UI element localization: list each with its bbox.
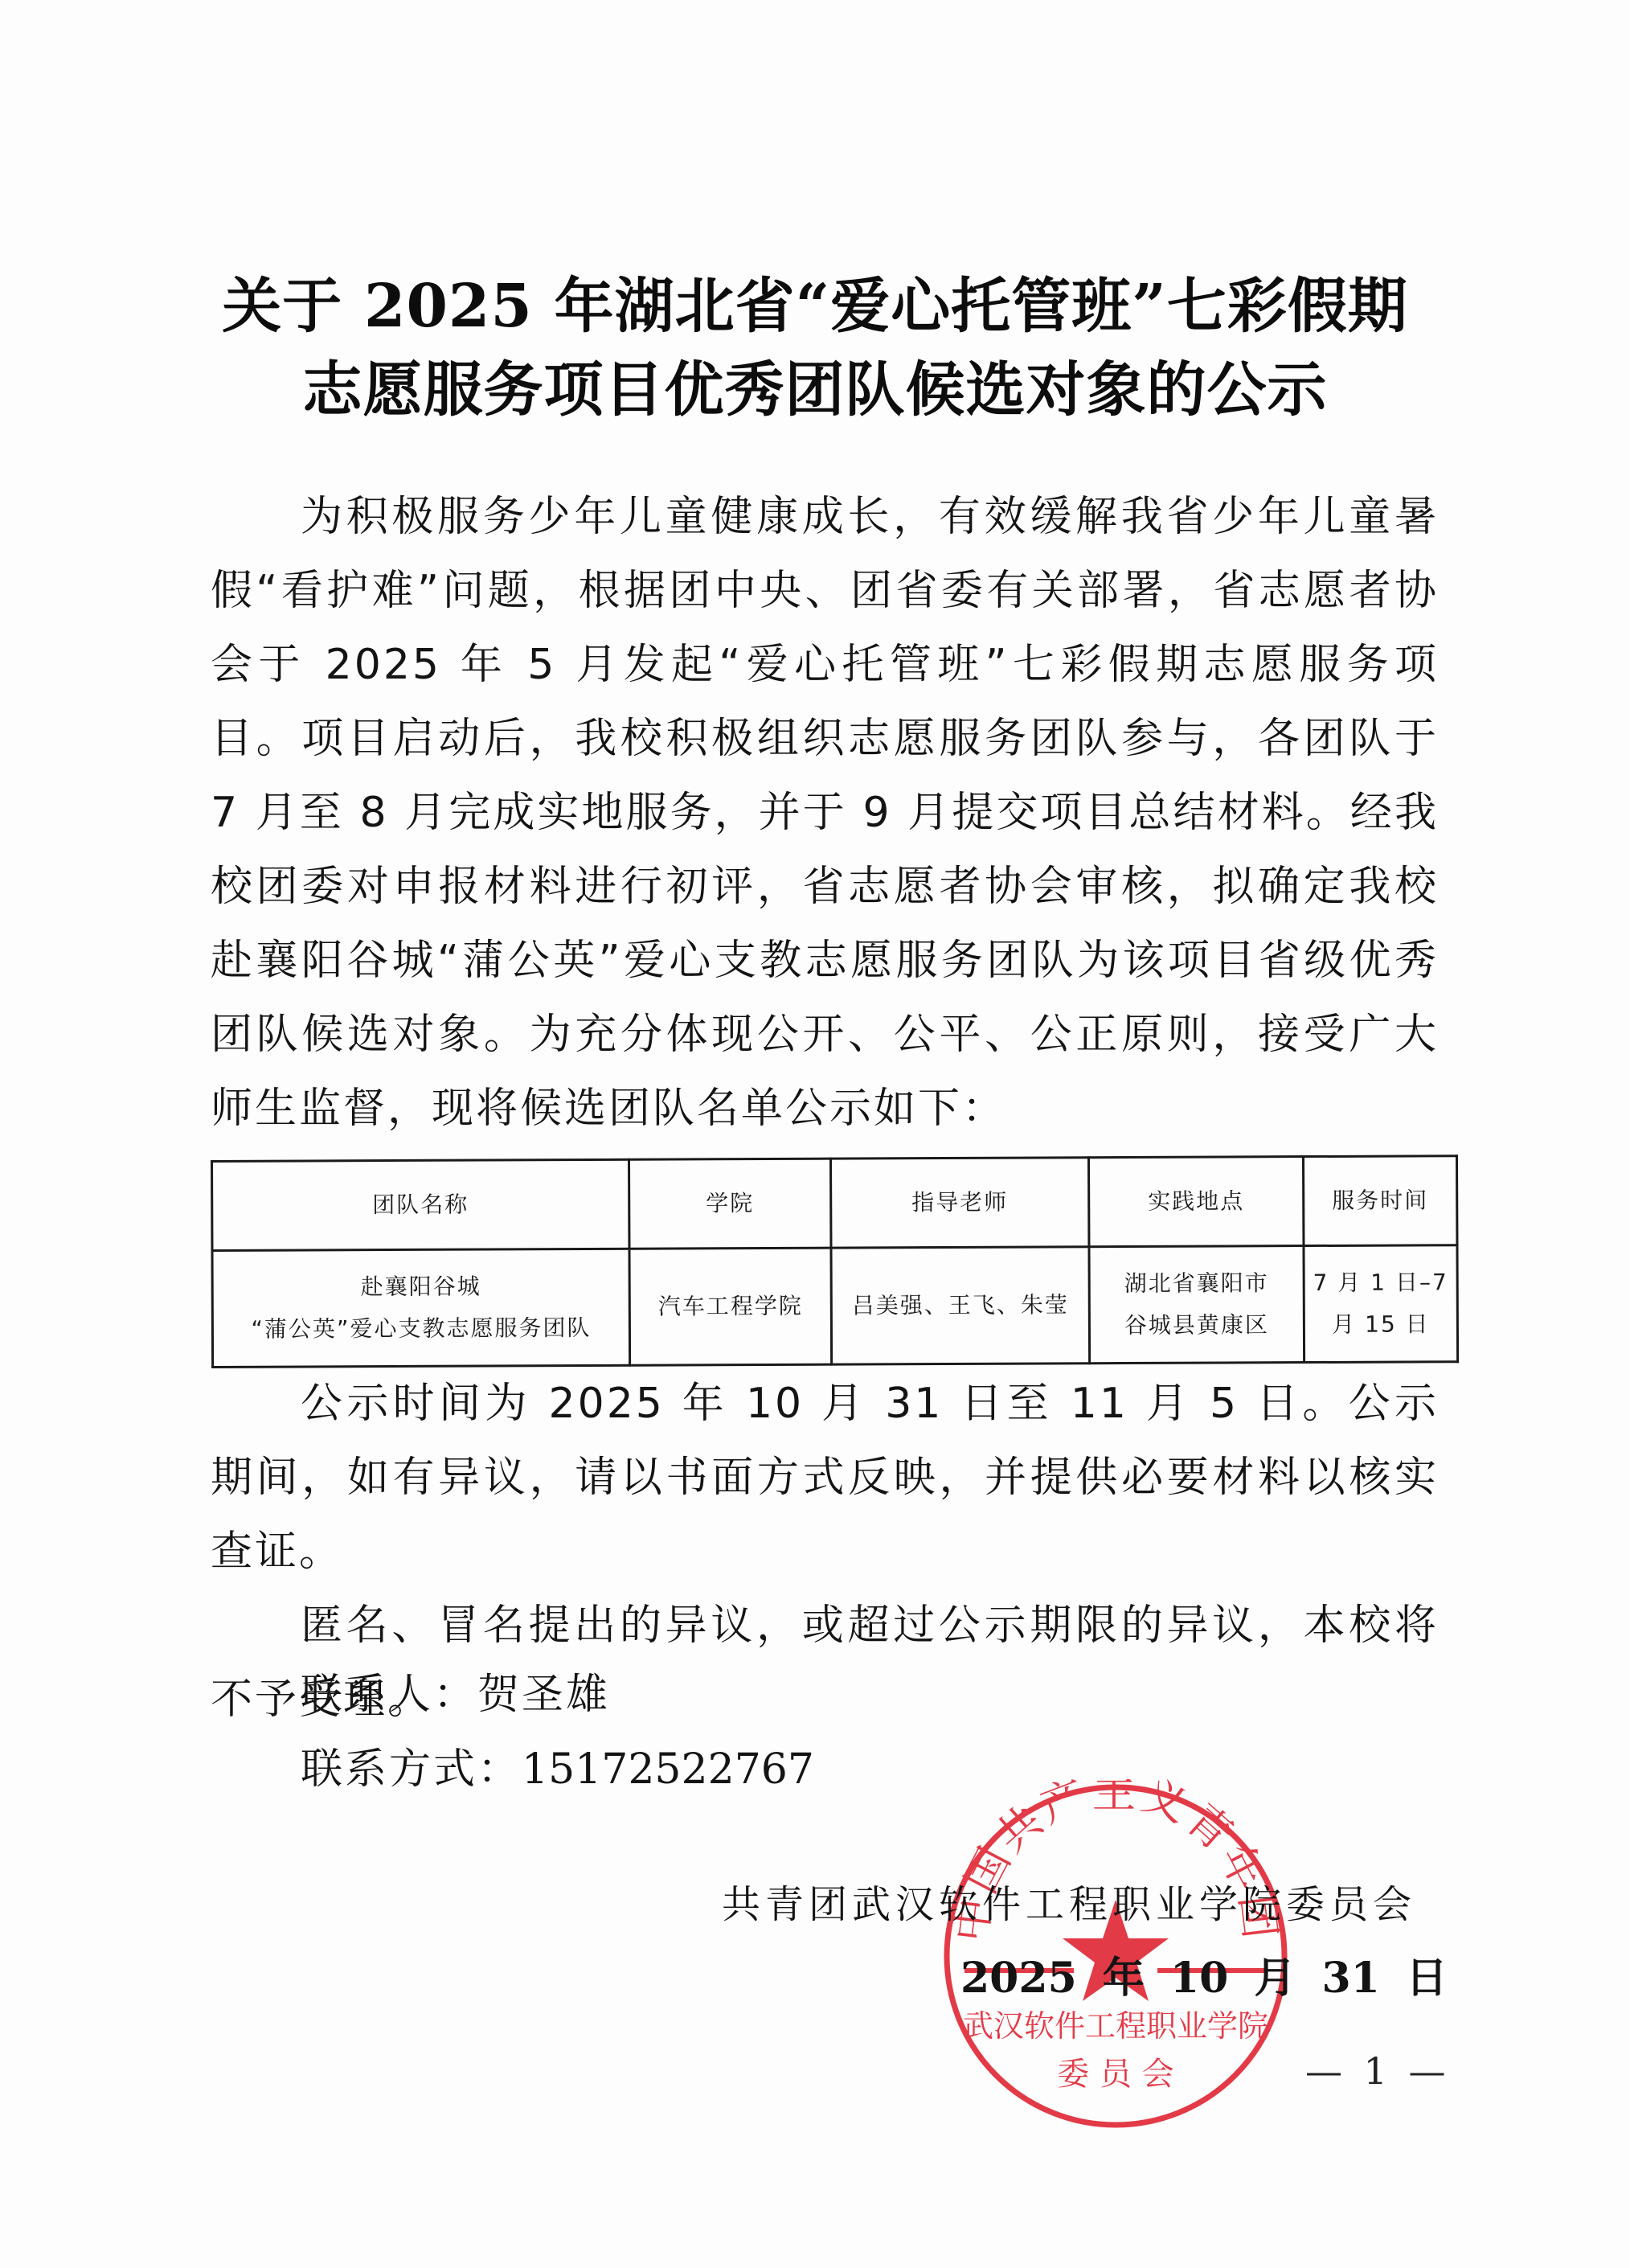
intro-paragraph: 为积极服务少年儿童健康成长，有效缓解我省少年儿童暑假“看护难”问题，根据团中央、…	[211, 480, 1439, 1146]
table-row: 赴襄阳谷城 “蒲公英”爱心支教志愿服务团队 汽车工程学院 吕美强、王飞、朱莹 湖…	[212, 1245, 1458, 1368]
contact-phone: 联系方式：15172522767	[301, 1735, 814, 1795]
notice-period-paragraph: 公示时间为 2025 年 10 月 31 日至 11 月 5 日。公示期间，如有…	[211, 1367, 1439, 1589]
page-number: — 1 —	[1305, 2049, 1451, 2093]
contact-phone-label: 联系方式：	[301, 1745, 522, 1794]
intro-section: 为积极服务少年儿童健康成长，有效缓解我省少年儿童暑假“看护难”问题，根据团中央、…	[211, 480, 1439, 1146]
contact-phone-number: 15172522767	[522, 1745, 814, 1794]
contact-person: 联系人：贺圣雄	[301, 1660, 610, 1720]
candidate-team-table: 团队名称 学院 指导老师 实践地点 服务时间 赴襄阳谷城 “蒲公英”爱心支教志愿…	[211, 1155, 1459, 1368]
column-header-service-time: 服务时间	[1303, 1156, 1456, 1246]
table-header-row: 团队名称 学院 指导老师 实践地点 服务时间	[212, 1156, 1457, 1251]
column-header-college: 学院	[629, 1159, 831, 1249]
column-header-advisors: 指导老师	[830, 1158, 1088, 1248]
cell-advisors: 吕美强、王飞、朱莹	[831, 1247, 1090, 1364]
signing-organization: 共青团武汉软件工程职业学院委员会	[722, 1873, 1416, 1929]
cell-team-name: 赴襄阳谷城 “蒲公英”爱心支教志愿服务团队	[212, 1249, 630, 1367]
seal-inner-line-2: 委 员 会	[1057, 2056, 1173, 2093]
team-name-line-1: 赴襄阳谷城	[220, 1265, 622, 1309]
cell-college: 汽车工程学院	[629, 1248, 832, 1365]
signing-date: 2025 年 10 月 31 日	[960, 1944, 1448, 2004]
column-header-team-name: 团队名称	[212, 1159, 629, 1250]
document-page: 关于 2025 年湖北省“爱心托管班”七彩假期 志愿服务项目优秀团队候选对象的公…	[0, 0, 1630, 2268]
cell-location: 湖北省襄阳市 谷城县黄康区	[1089, 1246, 1304, 1364]
contact-person-label: 联系人：	[301, 1671, 477, 1719]
team-name-line-2: “蒲公英”爱心支教志愿服务团队	[220, 1307, 622, 1351]
location-line-2: 谷城县黄康区	[1097, 1304, 1296, 1347]
document-title-line-1: 关于 2025 年湖北省“爱心托管班”七彩假期	[0, 259, 1630, 344]
document-title-line-2: 志愿服务项目优秀团队候选对象的公示	[0, 342, 1630, 428]
location-line-1: 湖北省襄阳市	[1097, 1262, 1296, 1305]
seal-inner-line-1: 武汉软件工程职业学院	[963, 2008, 1268, 2044]
contact-person-name: 贺圣雄	[477, 1671, 610, 1719]
cell-service-time: 7 月 1 日–7 月 15 日	[1304, 1245, 1458, 1363]
column-header-location: 实践地点	[1088, 1157, 1303, 1247]
